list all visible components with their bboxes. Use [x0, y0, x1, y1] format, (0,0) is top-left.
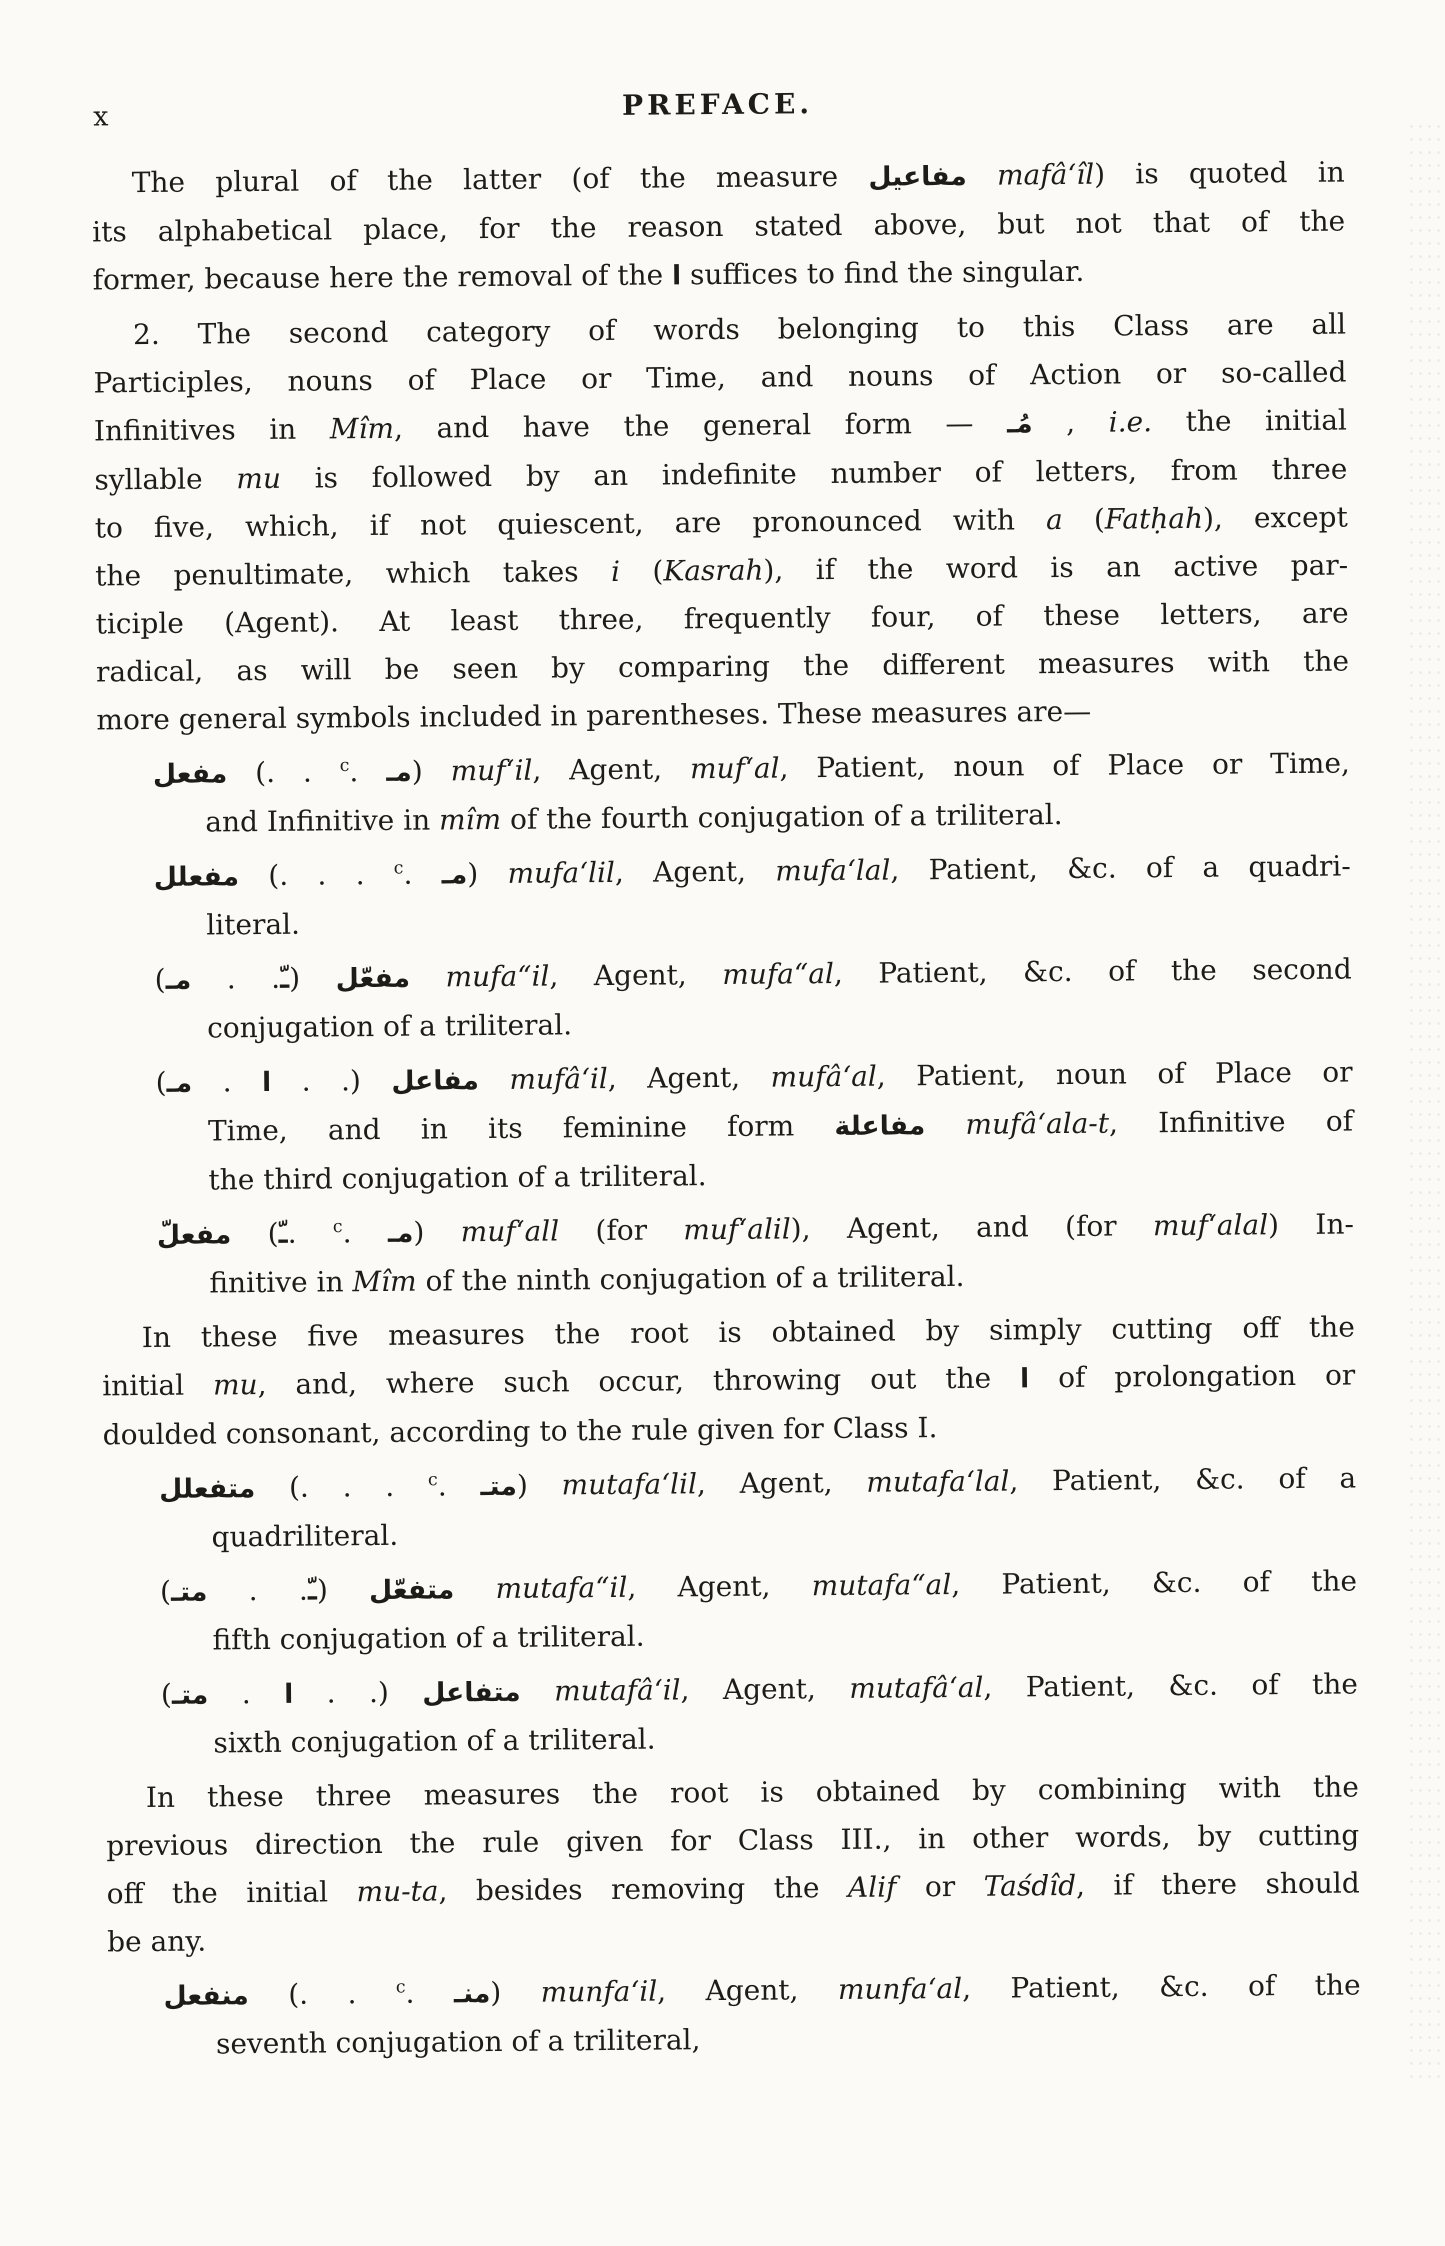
text-segment: . — [342, 1216, 388, 1249]
text-line: finitive in Mîm of the ninth conjugation… — [101, 1249, 1354, 1308]
arabic-text: مفعل — [153, 758, 228, 790]
measure-item: مفاعل (. . ا . مـ) mufâ‘il, Agent, mufâ‘… — [99, 1049, 1353, 1206]
paragraph: 2. The second category of words belongin… — [93, 301, 1350, 745]
paragraph: In these five measures the root is obtai… — [102, 1303, 1356, 1459]
page-title: PREFACE. — [91, 83, 1344, 127]
transliteration: mutafâ‘al — [849, 1671, 983, 1705]
text-segment: be any. — [107, 1925, 206, 1959]
text-segment: (. . . — [239, 858, 394, 892]
arabic-text: ا — [672, 260, 681, 291]
arabic-text: مفعلّ — [157, 1219, 232, 1251]
text-segment: and Infinitive in — [205, 803, 439, 838]
arabic-text: مفاعل — [391, 1065, 479, 1097]
text-segment: sixth conjugation of a triliteral. — [213, 1723, 655, 1760]
text-segment: 2. The second category of words belongin… — [133, 308, 1346, 352]
transliteration: mutafa“al — [812, 1568, 952, 1602]
transliteration: i — [611, 555, 620, 588]
text-segment: suffices to find the singular. — [681, 255, 1084, 292]
superscript-mark: c — [428, 1470, 438, 1490]
text-segment: ), Agent, and (for — [791, 1209, 1153, 1245]
text-segment: ) — [412, 754, 451, 787]
text-segment: . — [192, 1065, 262, 1099]
transliteration: muf‘alil — [683, 1212, 791, 1246]
text-line: literal. — [98, 892, 1351, 951]
text-line: quadriliteral. — [103, 1503, 1356, 1562]
arabic-text: مـ — [166, 965, 192, 996]
transliteration: mu — [213, 1368, 258, 1401]
arabic-text: ا — [262, 1067, 271, 1098]
arabic-text: متـ — [480, 1471, 517, 1502]
text-segment: or — [896, 1870, 983, 1904]
arabic-text: منـ — [454, 1978, 491, 2009]
text-segment: , Patient, &c. of a — [1009, 1461, 1356, 1497]
text-segment: is followed by an indefinite number of l… — [281, 453, 1348, 495]
transliteration: mufa‘lal — [775, 854, 890, 888]
arabic-text: منفعل — [163, 1980, 248, 2012]
arabic-text: متفعلل — [159, 1473, 255, 1505]
text-segment: ( — [231, 1217, 279, 1250]
text-line: and Infinitive in mîm of the fourth conj… — [97, 789, 1350, 848]
text-segment: ) — [490, 1976, 541, 2009]
transliteration: mutafa“il — [495, 1571, 627, 1605]
superscript-mark: c — [396, 1977, 406, 1997]
text-line: fifth conjugation of a triliteral. — [104, 1606, 1357, 1665]
transliteration: mafâ‘îl — [997, 158, 1094, 192]
text-segment: , Patient, noun of Place or Time, — [779, 747, 1350, 785]
text-segment: fifth conjugation of a triliteral. — [212, 1620, 644, 1657]
arabic-text: مفاعلة — [834, 1110, 925, 1142]
arabic-text: متـ — [172, 1680, 209, 1711]
transliteration: mufâ‘il — [509, 1062, 608, 1096]
text-segment: ), if the word is an active par- — [763, 549, 1348, 587]
text-segment: , Agent, — [657, 1973, 838, 2008]
arabic-text: متـ — [171, 1577, 208, 1608]
text-line: the third conjugation of a triliteral. — [100, 1146, 1353, 1205]
text-segment — [925, 1108, 966, 1141]
text-segment: initial — [102, 1368, 213, 1402]
text-segment: (. . — [271, 1064, 392, 1098]
text-segment: former, because here the removal of the — [92, 258, 672, 296]
arabic-text: ـّ — [308, 1576, 317, 1607]
text-segment: conjugation of a triliteral. — [207, 1008, 572, 1044]
superscript-mark: c — [394, 858, 404, 878]
text-segment: of the ninth conjugation of a triliteral… — [416, 1260, 964, 1298]
text-segment: , Agent, — [608, 1061, 771, 1095]
text-segment: In these five measures the root is obtai… — [142, 1310, 1355, 1354]
arabic-text: ـّ — [278, 1219, 287, 1250]
transliteration: muf‘all — [461, 1214, 560, 1248]
text-segment: Time, and in its feminine form — [208, 1109, 835, 1147]
transliteration: mîm — [439, 803, 501, 837]
text-segment: ) — [467, 857, 508, 890]
transliteration: munfa‘il — [541, 1975, 658, 2009]
text-segment: , besides removing the — [438, 1871, 848, 1908]
text-segment: (for — [559, 1213, 683, 1247]
arabic-text: متفاعل — [422, 1677, 521, 1709]
transliteration: Fatḥah — [1105, 502, 1204, 536]
text-segment: (. . . — [255, 1470, 428, 1505]
transliteration: i.e. — [1109, 405, 1153, 438]
scanned-book-page: x PREFACE. The plural of the latter (of … — [0, 0, 1445, 2246]
text-segment: Participles, nouns of Place or Time, and… — [93, 356, 1346, 400]
text-segment: , Patient, &c. of the — [983, 1667, 1358, 1703]
text-segment: the initial — [1152, 404, 1347, 439]
superscript-mark: c — [340, 756, 350, 776]
text-segment: the third conjugation of a triliteral. — [208, 1159, 706, 1196]
transliteration: munfa‘al — [838, 1972, 963, 2006]
text-segment: off the initial — [107, 1875, 357, 1910]
text-segment — [967, 159, 998, 192]
text-segment: ), except — [1203, 501, 1348, 535]
text-segment: , — [1032, 406, 1108, 440]
text-segment: , Patient, &c. of a quadri- — [890, 850, 1351, 887]
text-segment: , and, where such occur, throwing out th… — [257, 1361, 1020, 1401]
arabic-text: مفاعيل — [868, 161, 967, 193]
text-segment: ( — [1063, 503, 1105, 536]
transliteration: Kasrah — [663, 554, 763, 588]
transliteration: mufa“al — [722, 957, 834, 991]
text-segment: . — [208, 1677, 284, 1711]
text-segment: , Agent, — [549, 958, 722, 993]
paragraph: The plural of the latter (of the measure… — [92, 149, 1346, 306]
transliteration: muf‘alal — [1153, 1208, 1268, 1242]
text-line: former, because here the removal of the … — [92, 246, 1345, 306]
text-line: sixth conjugation of a triliteral. — [105, 1709, 1358, 1768]
transliteration: Alif — [848, 1871, 897, 1904]
text-segment: ) is quoted in — [1094, 156, 1345, 191]
text-segment: In these three measures the root is obta… — [146, 1770, 1359, 1814]
text-segment: (. . — [227, 755, 340, 789]
text-line: seventh conjugation of a triliteral, — [108, 2010, 1361, 2069]
transliteration: mutafa‘lal — [866, 1465, 1009, 1499]
transliteration: muf‘il — [451, 754, 533, 788]
transliteration: Mîm — [330, 412, 394, 446]
text-segment: (. . — [293, 1676, 422, 1710]
text-segment: the penultimate, which takes — [95, 555, 611, 593]
transliteration: mufa‘lil — [507, 856, 615, 890]
text-segment: literal. — [206, 908, 300, 942]
text-segment: ticiple (Agent). At least three, frequen… — [95, 597, 1348, 641]
text-segment: radical, as will be seen by comparing th… — [96, 645, 1349, 689]
text-line: doulded consonant, according to the rule… — [102, 1400, 1355, 1459]
text-segment: ) — [413, 1215, 461, 1248]
text-segment: ( — [289, 961, 336, 994]
transliteration: a — [1046, 503, 1063, 536]
text-segment: ) In- — [1268, 1207, 1354, 1241]
text-segment: previous direction the rule given for Cl… — [106, 1818, 1359, 1862]
text-segment: , Agent, — [627, 1569, 812, 1604]
page-body: The plural of the latter (of the measure… — [92, 149, 1362, 2070]
measure-item: مفعّل (ـّ. . مـ) mufa“il, Agent, mufa“al… — [99, 946, 1353, 1054]
transliteration: muf‘al — [690, 751, 780, 785]
measure-item: مفعل (. . c. مـ) muf‘il, Agent, muf‘al, … — [97, 740, 1351, 848]
text-segment: , Patient, &c. of the — [962, 1968, 1361, 2004]
text-segment: . . — [207, 1574, 308, 1608]
text-segment: syllable — [94, 462, 236, 496]
measure-item: متفاعل (. . ا . متـ) mutafâ‘il, Agent, m… — [105, 1660, 1359, 1768]
text-segment: , Infinitive of — [1109, 1104, 1353, 1139]
text-segment: to five, which, if not quiescent, are pr… — [95, 503, 1047, 544]
text-segment: Infinitives in — [94, 412, 330, 447]
text-segment: The plural of the latter (of the measure — [132, 160, 869, 199]
text-segment: , Patient, &c. of the second — [834, 953, 1352, 991]
paragraph: In these three measures the root is obta… — [106, 1763, 1361, 1966]
arabic-text: مفعلل — [154, 861, 239, 893]
transliteration: mufa“il — [445, 960, 549, 994]
text-segment: , Agent, — [532, 752, 690, 786]
measure-item: متفعّل (ـّ. . متـ) mutafa“il, Agent, mut… — [104, 1557, 1358, 1665]
arabic-text: مـ — [386, 757, 412, 788]
text-segment: more general symbols included in parenth… — [96, 695, 1091, 737]
text-segment: . — [405, 1976, 454, 2009]
measure-item: منفعل (. . c. منـ) munfa‘il, Agent, munf… — [107, 1961, 1361, 2069]
text-segment: ( — [317, 1573, 369, 1606]
arabic-text: مـ — [166, 1068, 192, 1099]
text-segment: ) — [517, 1468, 562, 1501]
running-header: x PREFACE. — [91, 79, 1344, 136]
transliteration: Taśdîd — [984, 1869, 1077, 1903]
page-sheet: x PREFACE. The plural of the latter (of … — [0, 0, 1445, 2246]
arabic-text: مـ — [442, 859, 468, 890]
transliteration: mufâ‘al — [770, 1060, 876, 1094]
transliteration: mufâ‘ala-t — [965, 1107, 1109, 1141]
transliteration: mutafa‘lil — [561, 1467, 697, 1501]
text-segment: seventh conjugation of a triliteral, — [216, 2023, 701, 2060]
arabic-text: مفعّل — [336, 963, 411, 995]
text-segment: , and have the general form — — [394, 406, 1007, 444]
text-segment: (. . — [249, 1977, 396, 2011]
text-segment: , Patient, &c. of the — [951, 1564, 1357, 1601]
transliteration: mutafâ‘il — [554, 1673, 681, 1707]
text-segment: quadriliteral. — [211, 1519, 398, 1554]
superscript-mark: c — [333, 1217, 343, 1237]
arabic-text: ا — [1020, 1363, 1029, 1394]
measure-item: مفعلّ (ـّ. c. مـ) muf‘all (for muf‘alil)… — [101, 1200, 1355, 1308]
text-line: more general symbols included in parenth… — [96, 686, 1349, 745]
measure-item: متفعلل (. . . c. متـ) mutafa‘lil, Agent,… — [103, 1454, 1357, 1562]
text-segment: of the fourth conjugation of a trilitera… — [501, 798, 1063, 836]
text-segment: , if there should — [1076, 1866, 1360, 1901]
text-segment: , Agent, — [615, 855, 776, 889]
text-segment: of prolongation or — [1029, 1358, 1355, 1394]
text-segment: . — [349, 755, 386, 788]
measure-item: مفعلل (. . . c. مـ) mufa‘lil, Agent, muf… — [98, 843, 1352, 951]
text-segment: . — [288, 1216, 334, 1249]
arabic-text: متفعّل — [369, 1574, 454, 1606]
text-segment: , Agent, — [680, 1672, 849, 1706]
text-segment: . — [403, 857, 441, 890]
text-segment: , Agent, — [697, 1466, 867, 1500]
text-segment: . . — [191, 962, 280, 996]
transliteration: mu — [236, 462, 281, 495]
arabic-text: مـ — [388, 1218, 414, 1249]
text-line: conjugation of a triliteral. — [99, 995, 1352, 1054]
transliteration: Mîm — [352, 1265, 416, 1299]
text-segment: its alphabetical place, for the reason s… — [92, 205, 1345, 249]
text-segment: . — [438, 1469, 481, 1502]
text-segment: , Patient, noun of Place or — [877, 1056, 1353, 1093]
text-segment: doulded consonant, according to the rule… — [103, 1411, 938, 1451]
arabic-text: مُـ — [1007, 408, 1033, 439]
text-segment: finitive in — [209, 1265, 352, 1299]
transliteration: mu-ta — [356, 1875, 438, 1909]
text-segment: ( — [620, 554, 664, 587]
